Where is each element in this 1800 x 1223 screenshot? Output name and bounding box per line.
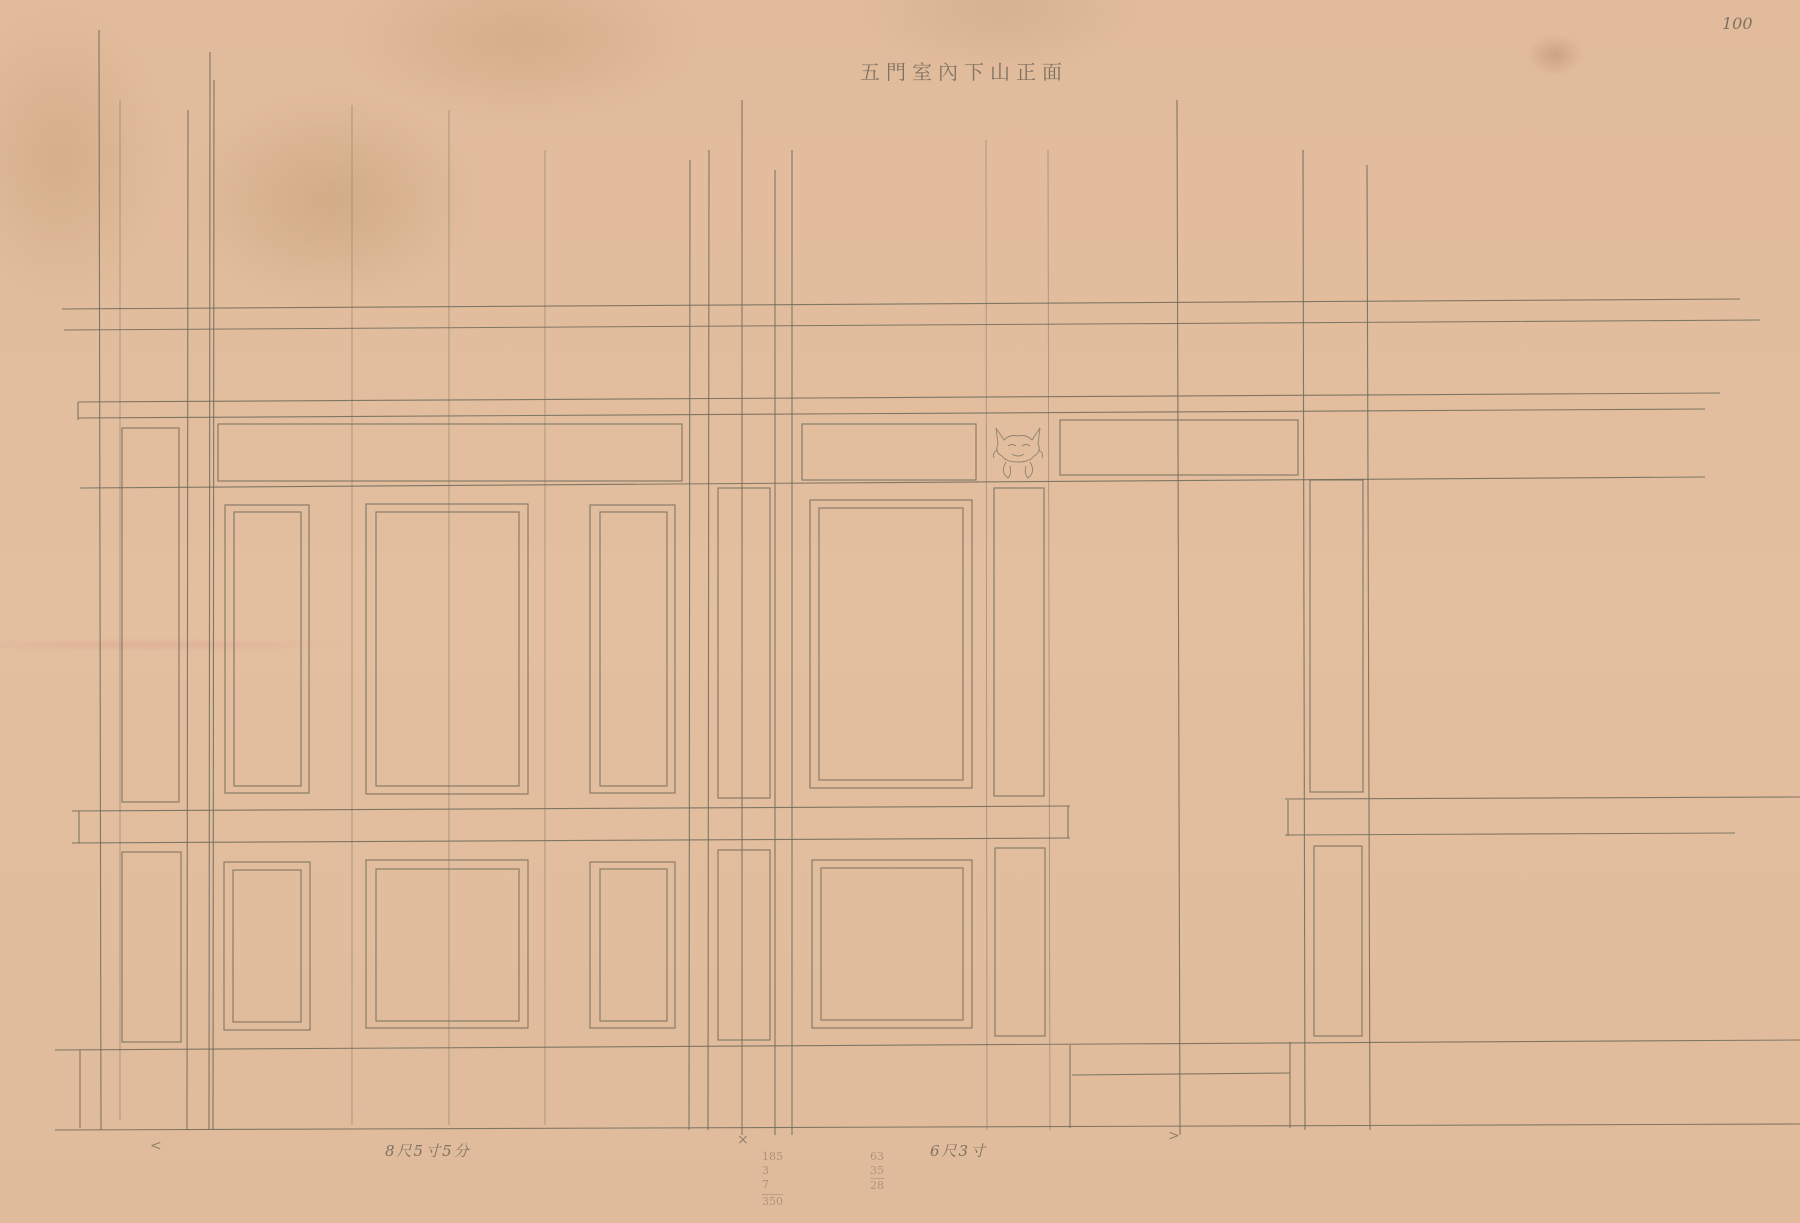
upper-panels: [225, 480, 1363, 798]
dimension-marker-right: >: [1168, 1128, 1180, 1144]
calc-b-line: 35: [870, 1164, 884, 1178]
calculation-b: 63 35 28: [870, 1150, 884, 1193]
dimension-label-right: 6尺3寸: [930, 1140, 987, 1161]
calc-a-line: 7: [762, 1178, 783, 1192]
animal-mask-ornament-icon: [990, 422, 1046, 482]
calc-b-line: 63: [870, 1150, 884, 1164]
vertical-construction-lines: [99, 30, 1370, 1135]
dimension-label-left: 8尺5寸5分: [385, 1140, 471, 1161]
dimension-marker-left: <: [150, 1138, 162, 1154]
calc-a-line: 3: [762, 1164, 783, 1178]
dimension-marker-mid: ×: [737, 1132, 749, 1148]
elevation-drawing: [0, 0, 1800, 1223]
calc-b-total: 28: [870, 1178, 884, 1193]
calc-a-line: 185: [762, 1150, 783, 1164]
drawing-sheet: 五門室內下山正面 100: [0, 0, 1800, 1223]
calc-a-total: 350: [762, 1194, 783, 1209]
calculation-a: 185 3 7 350: [762, 1150, 783, 1209]
frieze-panels: [122, 420, 1298, 802]
